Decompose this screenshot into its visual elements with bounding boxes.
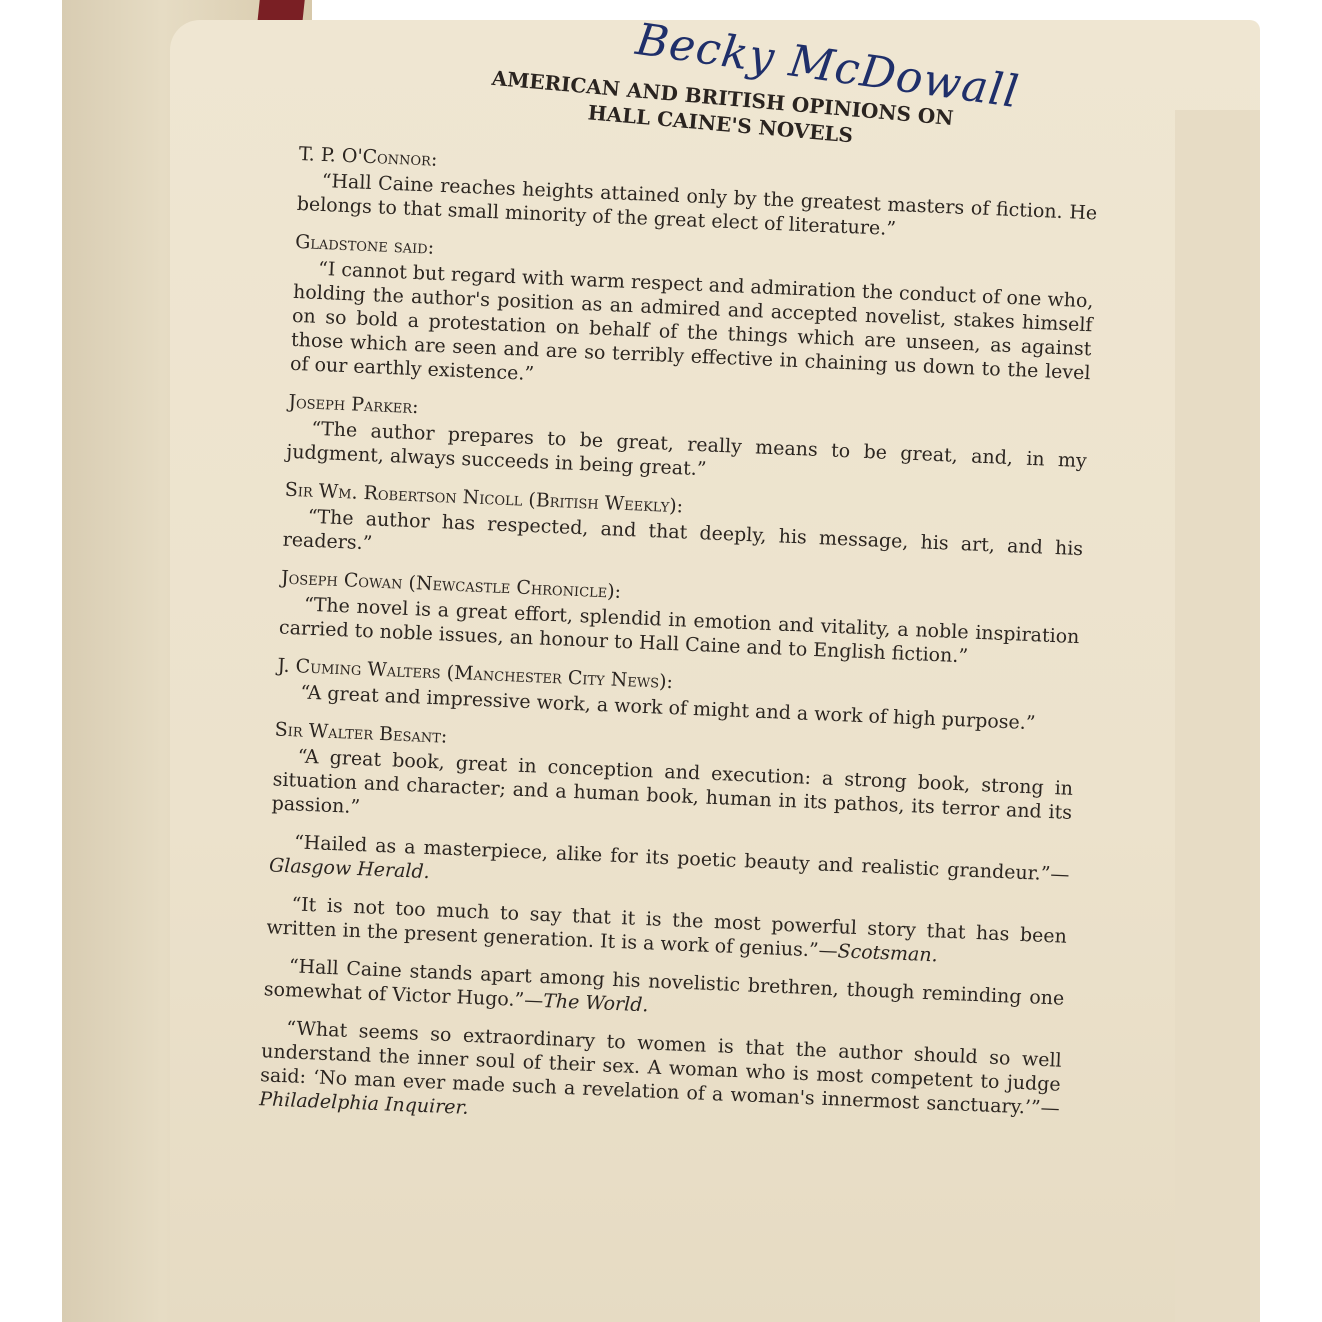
press-source: Glasgow Herald. bbox=[269, 854, 431, 883]
page-edges bbox=[1175, 110, 1260, 1322]
opinions-list: T. P. O'Connor: “Hall Caine reaches heig… bbox=[259, 128, 1100, 1145]
press-source: Scotsman. bbox=[837, 940, 938, 966]
press-source: The World. bbox=[543, 990, 649, 1016]
